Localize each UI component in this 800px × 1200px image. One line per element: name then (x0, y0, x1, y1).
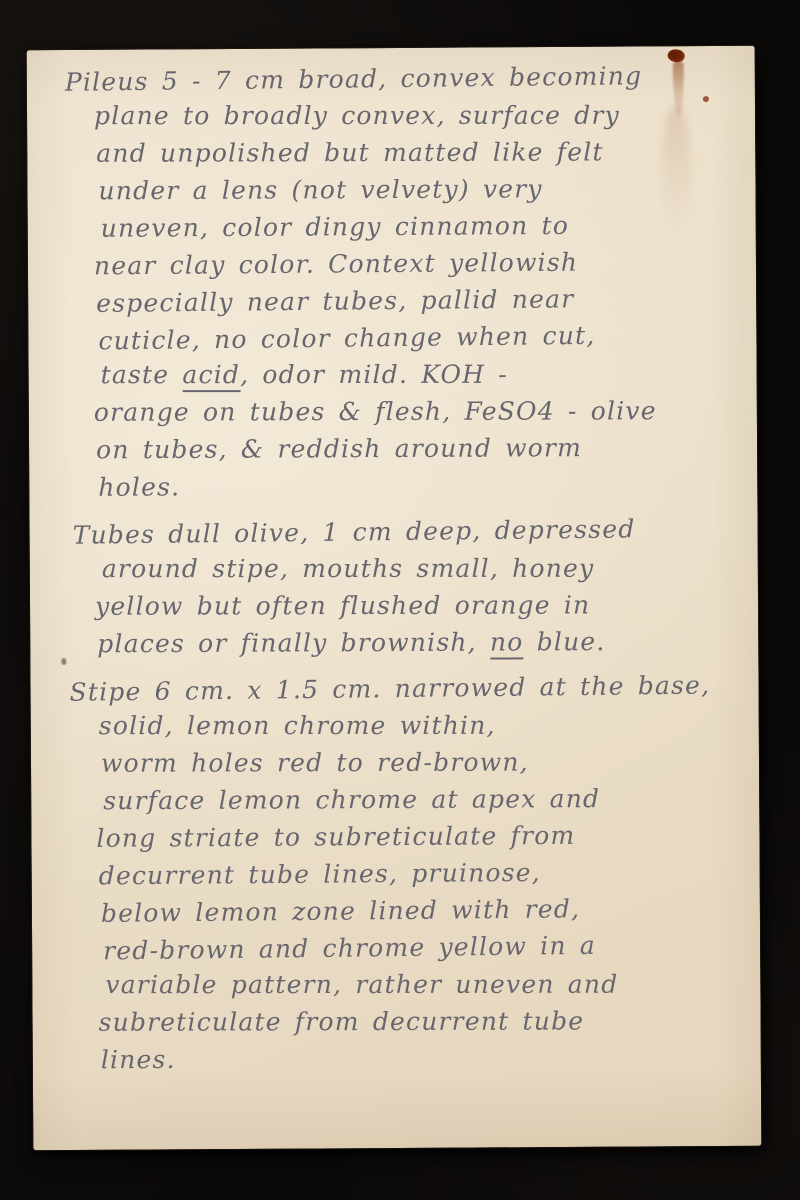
handwriting-line: long striate to subreticulate from (69, 816, 739, 857)
handwriting-line: cuticle, no color change when cut, (71, 315, 741, 360)
handwriting-line: Stipe 6 cm. x 1.5 cm. narrowed at the ba… (69, 666, 739, 711)
handwriting-line: around stipe, mouths small, honey (75, 550, 745, 588)
handwriting-line: lines. (74, 1038, 744, 1078)
handwriting-line: red-brown and chrome yellow in a (76, 925, 746, 970)
handwriting-line: surface lemon chrome at apex and (76, 779, 746, 819)
handwriting-line: on tubes, & reddish around worm (69, 428, 739, 468)
handwriting-line: orange on tubes & flesh, FeSO4 - olive (67, 392, 737, 431)
handwriting-line: places or finally brownish, no blue. (70, 622, 740, 662)
handwriting-line: variable pattern, rather uneven and (78, 966, 748, 1004)
paragraph-tubes: Tubes dull olive, 1 cm deep, depressedar… (71, 511, 742, 663)
handwriting-line: holes. (71, 465, 741, 506)
handwriting-line: subreticulate from decurrent tube (72, 1002, 742, 1041)
handwriting-line: Tubes dull olive, 1 cm deep, depressed (72, 509, 742, 554)
underlined-word: no (490, 627, 524, 659)
handwriting-line: Pileus 5 - 7 cm broad, convex becoming (65, 56, 735, 101)
paragraph-pileus: Pileus 5 - 7 cm broad, convex becomingpl… (69, 58, 742, 506)
photo-background: Pileus 5 - 7 cm broad, convex becomingpl… (0, 0, 800, 1200)
handwriting-line: yellow but often flushed orange in (68, 586, 738, 625)
handwriting-line: under a lens (not velvety) very (71, 169, 741, 209)
handwriting-line: solid, lemon chrome within, (72, 707, 742, 745)
handwriting-line: taste acid, odor mild. KOH - (74, 356, 744, 394)
paragraph-stipe: Stipe 6 cm. x 1.5 cm. narrowed at the ba… (72, 668, 744, 1079)
handwriting-line: plane to broadly convex, surface dry (67, 97, 737, 135)
note-text: Pileus 5 - 7 cm broad, convex becomingpl… (69, 58, 745, 1088)
handwriting-line: uneven, color dingy cinnamon to (74, 206, 744, 247)
note-card: Pileus 5 - 7 cm broad, convex becomingpl… (27, 46, 762, 1150)
handwriting-line: near clay color. Context yellowish (67, 242, 737, 284)
handwriting-line: decurrent tube lines, pruinose, (72, 852, 742, 894)
handwriting-line: worm holes red to red-brown, (74, 743, 744, 782)
edge-speck (61, 658, 66, 665)
handwriting-line: and unpolished but matted like felt (69, 133, 739, 172)
underlined-word: acid (182, 360, 240, 392)
